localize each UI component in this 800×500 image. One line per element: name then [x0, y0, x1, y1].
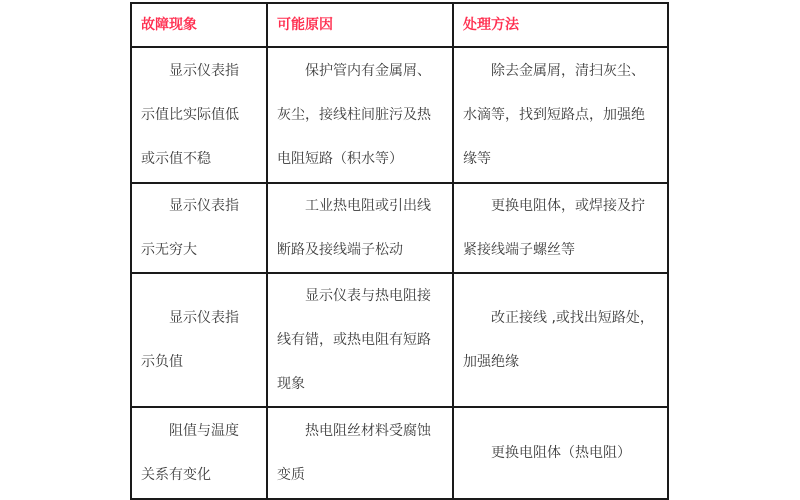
header-cause: 可能原因: [267, 3, 453, 47]
table-row: 显示仪表指 示负值 显示仪表与热电阻接 线有错，或热电阻有短路 现象 改正接线 …: [131, 273, 668, 407]
cell-text: 缘等: [463, 137, 659, 181]
solution-cell: 除去金属屑，清扫灰尘、 水滴等，找到短路点，加强绝 缘等: [453, 47, 668, 183]
cell-text: 保护管内有金属屑、: [277, 49, 444, 93]
header-solution: 处理方法: [453, 3, 668, 47]
cell-text: 示无穷大: [141, 228, 258, 272]
cell-text: 工业热电阻或引出线: [277, 184, 444, 228]
symptom-cell: 显示仪表指 示无穷大: [131, 183, 267, 273]
cell-text: 更换电阻体，或焊接及拧: [463, 184, 659, 228]
header-symptom: 故障现象: [131, 3, 267, 47]
cell-text: 断路及接线端子松动: [277, 228, 444, 272]
cell-text: 阻值与温度: [141, 409, 258, 453]
fault-table-container: 故障现象 可能原因 处理方法 显示仪表指 示值比实际值低 或示值不稳 保护管内有…: [130, 2, 669, 500]
cell-text: 灰尘，接线柱间脏污及热: [277, 93, 444, 137]
solution-cell: 更换电阻体，或焊接及拧 紧接线端子螺丝等: [453, 183, 668, 273]
symptom-cell: 阻值与温度 关系有变化: [131, 407, 267, 499]
cell-text: 显示仪表指: [141, 184, 258, 228]
solution-cell: 更换电阻体（热电阻）: [453, 407, 668, 499]
table-row: 阻值与温度 关系有变化 热电阻丝材料受腐蚀 变质 更换电阻体（热电阻）: [131, 407, 668, 499]
cell-text: 显示仪表指: [141, 296, 258, 340]
table-row: 显示仪表指 示值比实际值低 或示值不稳 保护管内有金属屑、 灰尘，接线柱间脏污及…: [131, 47, 668, 183]
cause-cell: 保护管内有金属屑、 灰尘，接线柱间脏污及热 电阻短路（积水等）: [267, 47, 453, 183]
cell-text: 更换电阻体（热电阻）: [463, 431, 659, 475]
cell-text: 变质: [277, 453, 444, 497]
symptom-cell: 显示仪表指 示负值: [131, 273, 267, 407]
symptom-cell: 显示仪表指 示值比实际值低 或示值不稳: [131, 47, 267, 183]
cell-text: 线有错，或热电阻有短路: [277, 318, 444, 362]
cause-cell: 工业热电阻或引出线 断路及接线端子松动: [267, 183, 453, 273]
cell-text: 热电阻丝材料受腐蚀: [277, 409, 444, 453]
cause-cell: 显示仪表与热电阻接 线有错，或热电阻有短路 现象: [267, 273, 453, 407]
cell-text: 水滴等，找到短路点，加强绝: [463, 93, 659, 137]
table-header-row: 故障现象 可能原因 处理方法: [131, 3, 668, 47]
cell-text: 加强绝缘: [463, 340, 659, 384]
cell-text: 显示仪表与热电阻接: [277, 274, 444, 318]
cause-cell: 热电阻丝材料受腐蚀 变质: [267, 407, 453, 499]
fault-diagnosis-table: 故障现象 可能原因 处理方法 显示仪表指 示值比实际值低 或示值不稳 保护管内有…: [130, 2, 669, 500]
cell-text: 关系有变化: [141, 453, 258, 497]
cell-text: 除去金属屑，清扫灰尘、: [463, 49, 659, 93]
cell-text: 示负值: [141, 340, 258, 384]
cell-text: 示值比实际值低: [141, 93, 258, 137]
solution-cell: 改正接线 ,或找出短路处， 加强绝缘: [453, 273, 668, 407]
cell-text: 电阻短路（积水等）: [277, 137, 444, 181]
cell-text: 紧接线端子螺丝等: [463, 228, 659, 272]
cell-text: 改正接线 ,或找出短路处，: [463, 296, 659, 340]
cell-text: 显示仪表指: [141, 49, 258, 93]
cell-text: 现象: [277, 362, 444, 406]
cell-text: 或示值不稳: [141, 137, 258, 181]
table-row: 显示仪表指 示无穷大 工业热电阻或引出线 断路及接线端子松动 更换电阻体，或焊接…: [131, 183, 668, 273]
